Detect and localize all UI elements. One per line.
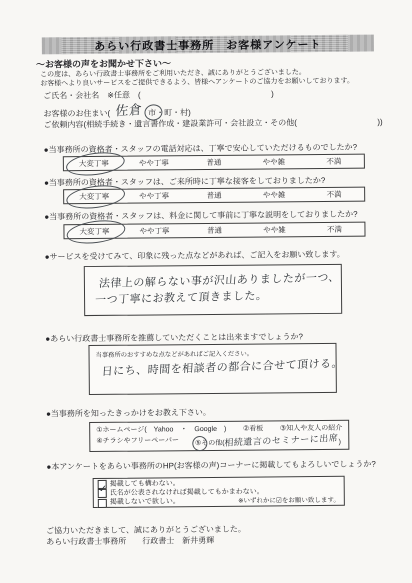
option-flyer: ④チラシやフリーペーパー [96,435,179,449]
option-homepage: ①ホームページ( Yahoo ・ Google ) [96,424,226,435]
rating-option-normal: 普通 [184,225,244,237]
request-type-row: ご依頼内容(相続手続き・遺言書作成・建設業許可・会社設立・その他( )) [43,116,382,130]
rating-option-dissatisfied: 不満 [304,224,364,236]
intro-line-2: お客様へより良いサービスをご提供できるよう、皆様へアンケートのご協力をお願いして… [40,77,354,89]
rating-option-dissatisfied: 不満 [304,156,364,168]
request-close-paren: )) [377,117,382,126]
publish-choice-row-3: 掲載しないで欲しい。 ※いずれかに☑をお願い致します。 [98,496,340,507]
question-impression: ●サービスを受けてみて、印象に残った点などがあれば、ご記入をお願い致します。 [45,249,345,263]
rating-option-very-polite: 大変丁寧 [64,158,124,170]
rating-option-somewhat-rough: やや雑 [244,189,304,201]
address-label: お客様のお住まい( [43,109,110,119]
closing-thanks: ご協力いただきまして、誠にありがとうございました。 [46,524,246,537]
rating-scale-fee: 大変丁寧 やや丁寧 普通 やや雑 不満 [63,222,365,240]
impression-answer-box: 法律上の解らない事が沢山ありましたが一つ、 一つ丁寧にお教えて頂きました。 [84,264,342,316]
option-signboard: ②看板 [243,424,263,434]
question-publish: ●本アンケートをあらい事務所のHP(お客様の声)コーナーに掲載してもよろしいでし… [46,459,375,473]
scanned-survey-page: あらい行政書士事務所 お客様アンケート 〜お客様の声をお聞かせ下さい〜 この度は… [0,0,412,583]
rating-option-somewhat-polite: やや丁寧 [124,190,184,202]
publish-note: ※いずれかに☑をお願い致します。 [238,496,340,506]
option-other-close-paren: ) [339,439,341,446]
recommend-box-label: 当事務所のおすすめな点などがあればご記入ください。 [96,349,254,359]
request-label: ご依頼内容(相続手続き・遺言書作成・建設業許可・会社設立・その他( [44,118,297,129]
checkbox-publish-anonymous: ✓ [98,489,107,498]
scan-tilt-wrapper: あらい行政書士事務所 お客様アンケート 〜お客様の声をお聞かせ下さい〜 この度は… [0,0,412,583]
title-bar: あらい行政書士事務所 お客様アンケート [42,35,374,55]
rating-scale-reception: 大変丁寧 やや丁寧 普通 やや雑 不満 [63,187,365,205]
city-kanji: 市 [148,108,156,117]
question-fee-explanation: ●当事務所の資格者・スタッフは、料金に関して事前に丁寧な説明をしておりましたか? [44,209,357,223]
check-mark: ✓ [99,485,107,494]
rating-option-normal: 普通 [184,190,244,202]
rating-option-normal: 普通 [184,157,244,169]
option-other-number: ⑤ [195,440,201,447]
rating-scale-phone: 大変丁寧 やや丁寧 普通 やや雑 不満 [63,154,365,172]
address-suffix: ・町・村) [156,108,191,117]
rating-option-somewhat-rough: やや雑 [244,224,304,236]
rating-option-somewhat-rough: やや雑 [244,156,304,168]
name-blank [143,96,269,97]
name-close-paren: ) [271,89,274,98]
question-how-found: ●当事務所を知ったきっかけをお教え下さい。 [46,407,211,419]
handwritten-city-name: 佐倉 [115,99,143,120]
request-blank [299,125,375,126]
publish-choice-label: 掲載しないで欲しい。 [110,498,180,508]
publish-choices-box: 掲載しても構わない。 ✓ 氏名が公表されなければ掲載してもかまわない。 掲載しな… [93,476,345,508]
city-option: 市 [148,107,156,118]
office-signature: あらい行政書士事務所 行政書士 新井勇輝 [46,535,246,548]
rating-option-somewhat-polite: やや丁寧 [124,225,184,237]
closing-block: ご協力いただきまして、誠にありがとうございました。 あらい行政書士事務所 行政書… [46,524,246,548]
subtitle: 〜お客様の声をお聞かせ下さい〜 [36,56,171,70]
question-recommend: ●あらい行政書士事務所を推薦していただくことは出来ますでしょうか? [45,331,303,344]
recommend-answer-box: 当事務所のおすすめな点などがあればご記入ください。 日にち、時間を相談者の都合に… [88,343,336,395]
rating-option-somewhat-polite: やや丁寧 [124,157,184,169]
options-row-2: ④チラシやフリーペーパー ⑤その他(相続遺言のセミナーに出席) [96,434,342,449]
option-other-number-wrap: ⑤ [195,439,201,447]
how-found-options-box: ①ホームページ( Yahoo ・ Google ) ②看板 ③知人や友人の紹介 … [89,420,349,452]
rating-option-very-polite: 大変丁寧 [64,226,124,238]
intro-paragraph: この度は、あらい行政書士事務所をご利用いただき、誠にありがとうございました。 お… [40,69,354,89]
option-other: ⑤その他(相続遺言のセミナーに出席) [195,434,341,448]
checkbox-publish-no [98,498,107,507]
handwritten-impression-line2: 一つ丁寧にお教えて頂きました。 [95,287,268,308]
rating-option-dissatisfied: 不満 [304,189,364,201]
rating-option-very-polite: 大変丁寧 [64,191,124,203]
page-title: あらい行政書士事務所 お客様アンケート [94,35,321,53]
option-other-label: その他( [201,440,224,447]
